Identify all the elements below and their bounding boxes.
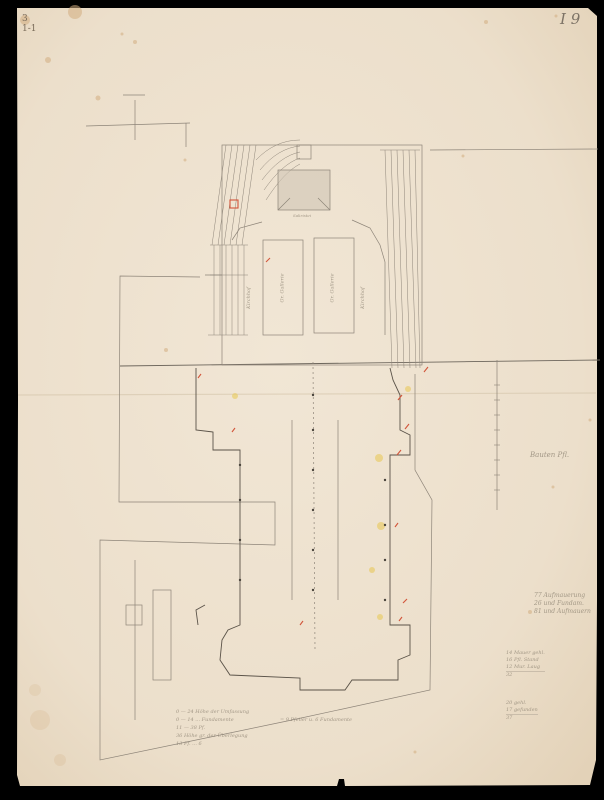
legend-line: 36 Höhe gr. der Überlegung bbox=[176, 732, 249, 740]
note-line: 26 und Fundam. bbox=[534, 600, 591, 608]
legend-line: 0 — 14 ... Fundamente bbox=[176, 716, 249, 724]
note-right-bottom-block: 14 Mauer gehl. 16 Pfl. Stand 12 Mur. Lau… bbox=[506, 650, 545, 679]
bottom-legend: 0 — 24 Höhe der Umfassung 0 — 14 ... Fun… bbox=[176, 708, 249, 748]
churchyard-label-right: Kirchhof bbox=[360, 287, 366, 309]
scanned-plan-sheet bbox=[0, 0, 604, 800]
note-line: 16 Pfl. Stand bbox=[506, 657, 545, 664]
legend-line: 11 — 38 Pf. bbox=[176, 724, 249, 732]
legend-line: 0 — 24 Höhe der Umfassung bbox=[176, 708, 249, 716]
note-sum: 37 bbox=[506, 714, 538, 722]
gallery-label-left: Gr. Gallerie bbox=[280, 273, 286, 302]
churchyard-label-left: Kirchhof bbox=[246, 287, 252, 309]
sheet-number: I 9 bbox=[560, 10, 580, 28]
note-right-lower-block: 77 Aufmauerung 26 und Fundam. 81 und Auf… bbox=[534, 592, 591, 616]
note-line: 81 und Aufmauern bbox=[534, 608, 591, 616]
note-line: 12 Mur. Laug bbox=[506, 664, 545, 671]
sacristy-label: Sakristei bbox=[293, 213, 311, 218]
corner-mark-bottom: 1-1 bbox=[22, 24, 37, 34]
legend-line: 13 Pf. ... 6 bbox=[176, 740, 249, 748]
note-line: 77 Aufmauerung bbox=[534, 592, 591, 600]
note-line: 14 Mauer gehl. bbox=[506, 650, 545, 657]
note-line: 20 gehl. bbox=[506, 700, 538, 707]
corner-mark: 3 1-1 bbox=[22, 14, 37, 34]
corner-mark-top: 3 bbox=[22, 14, 37, 24]
note-line: 17 gefunden bbox=[506, 707, 538, 714]
note-right-middle: Bauten Pfl. bbox=[530, 451, 569, 459]
note-sum: 32 bbox=[506, 671, 545, 679]
gallery-label-right: Gr. Gallerie bbox=[330, 273, 336, 302]
bottom-legend-right: = 9 Pfeiler u. 6 Fundamente bbox=[280, 717, 352, 723]
note-right-bottom-block2: 20 gehl. 17 gefunden 37 bbox=[506, 700, 538, 722]
